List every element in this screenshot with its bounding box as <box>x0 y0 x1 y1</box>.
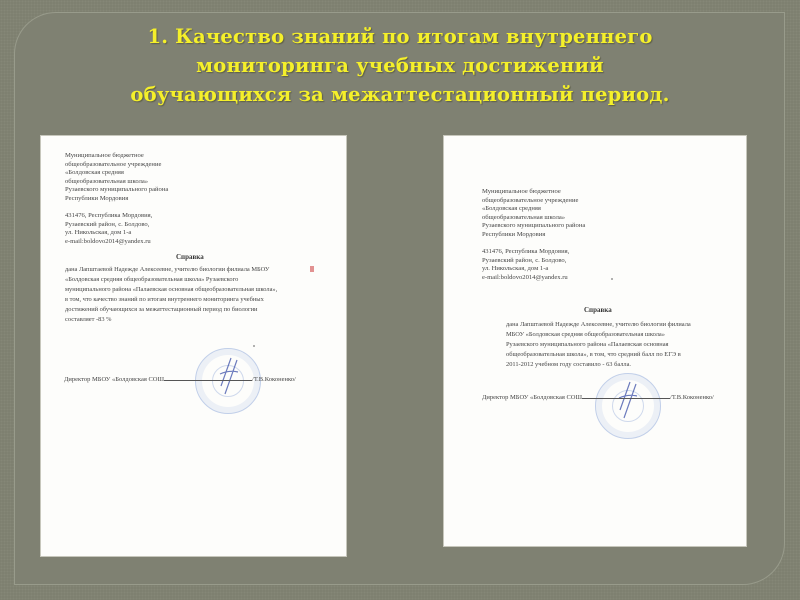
certificate-document-right: Муниципальное бюджетное общеобразователь… <box>444 136 746 546</box>
certificate-body: дана Лапштаевой Надежде Алексеевне, учит… <box>506 320 691 370</box>
header-line: общеобразовательное учреждение <box>65 161 168 170</box>
header-spacer <box>65 204 168 213</box>
title-line-3: обучающихся за межаттестационный период. <box>60 80 740 109</box>
header-line: Рузаевский район, с. Болдово, <box>482 257 585 266</box>
body-line: в том, что качество знаний по итогам вну… <box>65 295 277 305</box>
header-line: общеобразовательная школа» <box>65 178 168 187</box>
header-line: 431476, Республика Мордовия, <box>482 248 585 257</box>
email-line: e-mail:boldovo2014@yandex.ru <box>65 238 168 247</box>
body-line: дана Лапштаевой Надежде Алексеевне, учит… <box>65 265 277 275</box>
signature-role: Директор МБОУ «Болдовская СОШ <box>482 394 582 401</box>
school-header: Муниципальное бюджетное общеобразователь… <box>482 188 585 283</box>
body-line: общеобразовательная школа», в том, что с… <box>506 350 691 360</box>
header-line: 431476, Республика Мордовия, <box>65 212 168 221</box>
header-line: ул. Никольская, дом 1-а <box>65 229 168 238</box>
paper-speck <box>611 278 613 280</box>
header-line: общеобразовательное учреждение <box>482 197 585 206</box>
title-line-1: 1. Качество знаний по итогам внутреннего <box>60 22 740 51</box>
header-line: Республики Мордовия <box>65 195 168 204</box>
header-spacer <box>482 240 585 249</box>
certificate-title: Справка <box>584 306 612 314</box>
school-header: Муниципальное бюджетное общеобразователь… <box>65 152 168 247</box>
header-line: Муниципальное бюджетное <box>65 152 168 161</box>
certificate-title: Справка <box>176 253 204 261</box>
header-line: Рузаевский район, с. Болдово, <box>65 221 168 230</box>
body-line: дана Лапштаевой Надежде Алексеевне, учит… <box>506 320 691 330</box>
signature-line <box>582 398 670 399</box>
email-line: e-mail:boldovo2014@yandex.ru <box>482 274 585 283</box>
header-line: «Болдовская средняя <box>65 169 168 178</box>
header-line: Республики Мордовия <box>482 231 585 240</box>
signature-name: /Т.В.Коконенко/ <box>252 376 296 383</box>
header-line: ул. Никольская, дом 1-а <box>482 265 585 274</box>
paper-speck <box>253 345 255 347</box>
body-line: Рузаевского муниципального района «Палае… <box>506 340 691 350</box>
header-line: общеобразовательная школа» <box>482 214 585 223</box>
header-line: Рузаевского муниципального района <box>482 222 585 231</box>
body-line: МБОУ «Болдовская средняя общеобразовател… <box>506 330 691 340</box>
certificate-document-left: Муниципальное бюджетное общеобразователь… <box>41 136 346 556</box>
signature-role: Директор МБОУ «Болдовская СОШ <box>64 376 164 383</box>
body-line: составляет -83 % <box>65 315 277 325</box>
header-line: Рузаевского муниципального района <box>65 186 168 195</box>
slide-title: 1. Качество знаний по итогам внутреннего… <box>60 22 740 109</box>
director-signature: Директор МБОУ «Болдовская СОШ/Т.В.Коконе… <box>64 376 296 383</box>
signature-name: /Т.В.Коконенко/ <box>670 394 714 401</box>
red-ink-mark <box>310 266 314 272</box>
header-line: Муниципальное бюджетное <box>482 188 585 197</box>
director-signature: Директор МБОУ «Болдовская СОШ/Т.В.Коконе… <box>482 394 714 401</box>
certificate-body: дана Лапштаевой Надежде Алексеевне, учит… <box>65 265 277 325</box>
header-line: «Болдовская средняя <box>482 205 585 214</box>
body-line: достижений обучающихся за межаттестацион… <box>65 305 277 315</box>
body-line: муниципального района «Палаевская основн… <box>65 285 277 295</box>
title-line-2: мониторинга учебных достижений <box>60 51 740 80</box>
body-line: «Болдовская средняя общеобразовательная … <box>65 275 277 285</box>
body-line: 2011-2012 учебном году составило - 63 ба… <box>506 360 691 370</box>
signature-line <box>164 380 252 381</box>
